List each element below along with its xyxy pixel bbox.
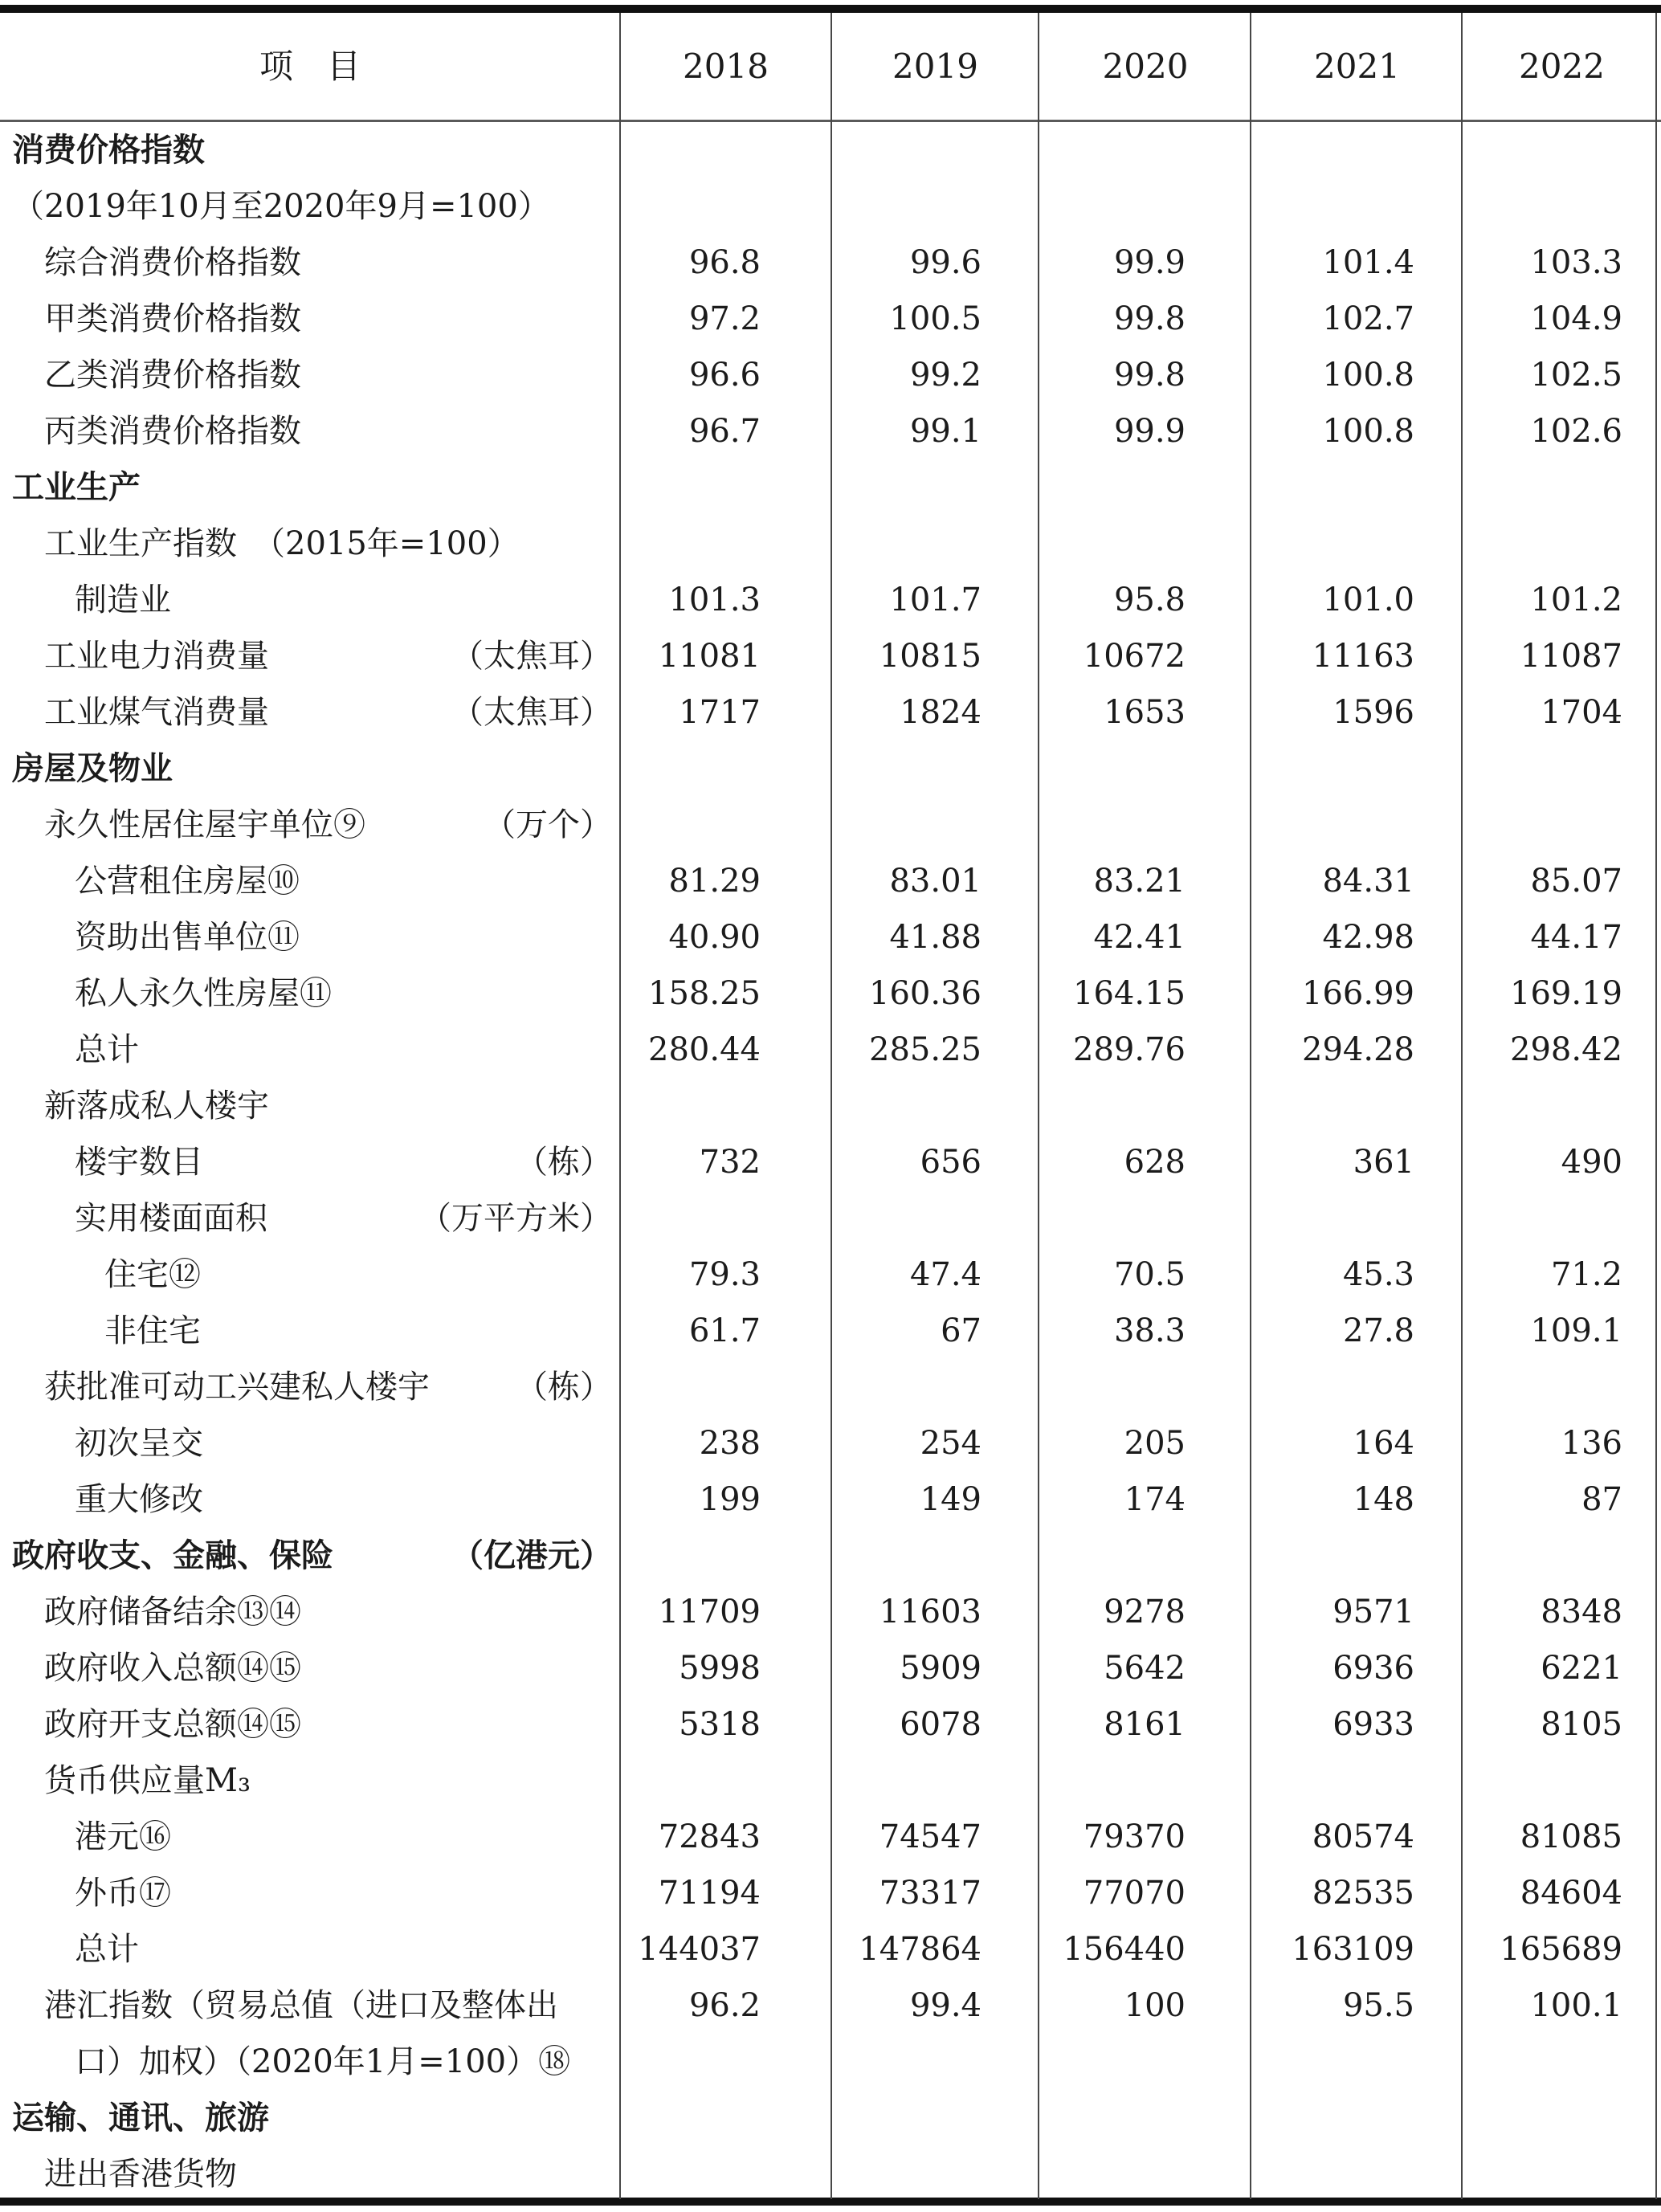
cell-value xyxy=(1039,741,1251,797)
cell-value xyxy=(831,516,1039,572)
row-label-cell: 房屋及物业 xyxy=(0,741,620,797)
table-body: 消费价格指数（2019年10月至2020年9月=100）综合消费价格指数96.8… xyxy=(0,122,1661,2202)
row-label-cell: 港汇指数（贸易总值（进口及整体出口）加权）（2020年1月=100）⑱ xyxy=(0,1977,620,2090)
cell-value xyxy=(1251,516,1463,572)
cell-value: 27.8 xyxy=(1251,1303,1463,1359)
cell-value: 199 xyxy=(620,1471,831,1528)
cell-value xyxy=(1251,178,1463,235)
row-label-cell: 货币供应量M₃ xyxy=(0,1753,620,1809)
table-row: 货币供应量M₃ xyxy=(0,1753,1661,1809)
cell-value: 47.4 xyxy=(831,1247,1039,1303)
cell-value: 96.8 xyxy=(620,235,831,291)
cell-value xyxy=(831,1753,1039,1809)
cell-value xyxy=(1039,178,1251,235)
cell-value xyxy=(1251,797,1463,853)
cell-value xyxy=(1463,741,1661,797)
cell-value: 99.2 xyxy=(831,347,1039,403)
cell-value: 81085 xyxy=(1463,1809,1661,1865)
row-label: 总计 xyxy=(0,1921,620,1977)
table-row: 非住宅61.76738.327.8109.1 xyxy=(0,1303,1661,1359)
cell-value: 99.8 xyxy=(1039,291,1251,347)
table-row: 运输、通讯、旅游 xyxy=(0,2090,1661,2146)
cell-value: 285.25 xyxy=(831,1022,1039,1078)
cell-value: 61.7 xyxy=(620,1303,831,1359)
row-label: 外币⑰ xyxy=(0,1865,620,1921)
row-label-cell: 获批准可动工兴建私人楼宇（栋） xyxy=(0,1359,620,1415)
row-unit: （太焦耳） xyxy=(451,684,612,741)
header-year-2018: 2018 xyxy=(620,13,831,120)
table-row: （2019年10月至2020年9月=100） xyxy=(0,178,1661,235)
cell-value: 84604 xyxy=(1463,1865,1661,1921)
cell-value xyxy=(1251,1753,1463,1809)
row-label: 总计 xyxy=(0,1022,620,1078)
cell-value: 628 xyxy=(1039,1134,1251,1190)
cell-value: 83.21 xyxy=(1039,853,1251,909)
row-label: 工业生产指数 （2015年=100） xyxy=(0,516,620,572)
cell-value: 5642 xyxy=(1039,1640,1251,1696)
table-row: 获批准可动工兴建私人楼宇（栋） xyxy=(0,1359,1661,1415)
header-year-2022: 2022 xyxy=(1463,13,1661,120)
cell-value xyxy=(1251,459,1463,516)
cell-value: 102.7 xyxy=(1251,291,1463,347)
cell-value: 298.42 xyxy=(1463,1022,1661,1078)
row-label: 消费价格指数 xyxy=(0,122,620,178)
cell-value xyxy=(831,122,1039,178)
table-row: 丙类消费价格指数96.799.199.9100.8102.6 xyxy=(0,403,1661,459)
row-unit: （太焦耳） xyxy=(451,628,612,684)
row-label-cell: 制造业 xyxy=(0,572,620,628)
cell-value: 104.9 xyxy=(1463,291,1661,347)
cell-value xyxy=(1251,2090,1463,2146)
cell-value: 38.3 xyxy=(1039,1303,1251,1359)
row-label-cell: 政府储备结余⑬⑭ xyxy=(0,1584,620,1640)
table-row: 资助出售单位⑪40.9041.8842.4142.9844.17 xyxy=(0,909,1661,965)
row-unit: （栋） xyxy=(516,1134,612,1190)
cell-value xyxy=(831,2090,1039,2146)
row-label-cell: （2019年10月至2020年9月=100） xyxy=(0,178,620,235)
row-label: 非住宅 xyxy=(0,1303,620,1359)
row-label-cell: 政府收支、金融、保险（亿港元） xyxy=(0,1528,620,1584)
cell-value: 101.0 xyxy=(1251,572,1463,628)
cell-value: 164.15 xyxy=(1039,965,1251,1022)
row-label-cell: 工业煤气消费量（太焦耳） xyxy=(0,684,620,741)
header-year-2020: 2020 xyxy=(1039,13,1251,120)
row-label-cell: 公营租住房屋⑩ xyxy=(0,853,620,909)
cell-value xyxy=(1039,1528,1251,1584)
row-label: 进出香港货物 xyxy=(0,2146,620,2202)
row-label-cell: 新落成私人楼宇 xyxy=(0,1078,620,1134)
cell-value: 11081 xyxy=(620,628,831,684)
cell-value: 101.4 xyxy=(1251,235,1463,291)
row-label-cell: 楼宇数目（栋） xyxy=(0,1134,620,1190)
table-row: 政府收支、金融、保险（亿港元） xyxy=(0,1528,1661,1584)
row-label-cell: 港元⑯ xyxy=(0,1809,620,1865)
cell-value: 10672 xyxy=(1039,628,1251,684)
row-label: 甲类消费价格指数 xyxy=(0,291,620,347)
cell-value: 9571 xyxy=(1251,1584,1463,1640)
table-row: 总计144037147864156440163109165689 xyxy=(0,1921,1661,1977)
statistics-table-page: 项 目 2018 2019 2020 2021 2022 消费价格指数（2019… xyxy=(0,0,1661,2212)
cell-value xyxy=(1463,178,1661,235)
cell-value xyxy=(620,1753,831,1809)
row-label-cell: 非住宅 xyxy=(0,1303,620,1359)
cell-value: 80574 xyxy=(1251,1809,1463,1865)
row-label: 港元⑯ xyxy=(0,1809,620,1865)
cell-value: 85.07 xyxy=(1463,853,1661,909)
cell-value xyxy=(1463,1190,1661,1247)
row-unit: （亿港元） xyxy=(451,1528,612,1584)
table-row: 房屋及物业 xyxy=(0,741,1661,797)
cell-value: 44.17 xyxy=(1463,909,1661,965)
cell-value: 158.25 xyxy=(620,965,831,1022)
cell-value: 174 xyxy=(1039,1471,1251,1528)
cell-value: 102.6 xyxy=(1463,403,1661,459)
cell-value: 294.28 xyxy=(1251,1022,1463,1078)
table-row: 私人永久性房屋⑪158.25160.36164.15166.99169.19 xyxy=(0,965,1661,1022)
row-label: 综合消费价格指数 xyxy=(0,235,620,291)
header-item-column: 项 目 xyxy=(0,13,620,120)
row-label: 货币供应量M₃ xyxy=(0,1753,620,1809)
row-label-line2: 口）加权）（2020年1月=100）⑱ xyxy=(0,2034,620,2090)
row-label-cell: 甲类消费价格指数 xyxy=(0,291,620,347)
row-label: 乙类消费价格指数 xyxy=(0,347,620,403)
cell-value: 136 xyxy=(1463,1415,1661,1471)
cell-value: 205 xyxy=(1039,1415,1251,1471)
cell-value: 96.6 xyxy=(620,347,831,403)
cell-value: 97.2 xyxy=(620,291,831,347)
row-label: 政府收入总额⑭⑮ xyxy=(0,1640,620,1696)
row-label-cell: 综合消费价格指数 xyxy=(0,235,620,291)
cell-value: 101.2 xyxy=(1463,572,1661,628)
cell-value xyxy=(1251,1190,1463,1247)
cell-value: 166.99 xyxy=(1251,965,1463,1022)
cell-value xyxy=(620,1359,831,1415)
cell-value xyxy=(1251,1528,1463,1584)
cell-value: 11087 xyxy=(1463,628,1661,684)
cell-value: 102.5 xyxy=(1463,347,1661,403)
row-label-cell: 私人永久性房屋⑪ xyxy=(0,965,620,1022)
cell-value: 156440 xyxy=(1039,1921,1251,1977)
table-row: 消费价格指数 xyxy=(0,122,1661,178)
cell-value: 361 xyxy=(1251,1134,1463,1190)
cell-value: 103.3 xyxy=(1463,235,1661,291)
row-label-cell: 乙类消费价格指数 xyxy=(0,347,620,403)
cell-value xyxy=(831,178,1039,235)
cell-value: 5998 xyxy=(620,1640,831,1696)
row-unit: （万平方米） xyxy=(419,1190,612,1247)
cell-value: 6933 xyxy=(1251,1696,1463,1753)
cell-value: 490 xyxy=(1463,1134,1661,1190)
cell-value: 82535 xyxy=(1251,1865,1463,1921)
cell-value: 95.5 xyxy=(1251,1977,1463,2034)
cell-value xyxy=(1463,516,1661,572)
cell-value xyxy=(620,2090,831,2146)
cell-value xyxy=(1039,2146,1251,2202)
table-row: 工业生产 xyxy=(0,459,1661,516)
table-row: 港元⑯7284374547793708057481085 xyxy=(0,1809,1661,1865)
cell-value: 42.41 xyxy=(1039,909,1251,965)
table-row: 政府收入总额⑭⑮59985909564269366221 xyxy=(0,1640,1661,1696)
cell-value xyxy=(1039,2090,1251,2146)
cell-value xyxy=(831,459,1039,516)
cell-value: 95.8 xyxy=(1039,572,1251,628)
cell-value xyxy=(1251,1078,1463,1134)
cell-value: 100 xyxy=(1039,1977,1251,2034)
table-row: 初次呈交238254205164136 xyxy=(0,1415,1661,1471)
cell-value: 11163 xyxy=(1251,628,1463,684)
cell-value: 163109 xyxy=(1251,1921,1463,1977)
table-row: 政府储备结余⑬⑭1170911603927895718348 xyxy=(0,1584,1661,1640)
table-row: 工业电力消费量（太焦耳）1108110815106721116311087 xyxy=(0,628,1661,684)
cell-value: 149 xyxy=(831,1471,1039,1528)
cell-value: 1653 xyxy=(1039,684,1251,741)
table-row: 新落成私人楼宇 xyxy=(0,1078,1661,1134)
cell-value: 101.3 xyxy=(620,572,831,628)
row-label-cell: 实用楼面面积（万平方米） xyxy=(0,1190,620,1247)
header-year-2019: 2019 xyxy=(831,13,1039,120)
cell-value: 100.8 xyxy=(1251,403,1463,459)
row-label-cell: 总计 xyxy=(0,1921,620,1977)
row-label: 制造业 xyxy=(0,572,620,628)
cell-value xyxy=(620,516,831,572)
row-label: 政府储备结余⑬⑭ xyxy=(0,1584,620,1640)
table-row: 工业煤气消费量（太焦耳）17171824165315961704 xyxy=(0,684,1661,741)
cell-value xyxy=(1039,797,1251,853)
cell-value: 109.1 xyxy=(1463,1303,1661,1359)
row-label-cell: 丙类消费价格指数 xyxy=(0,403,620,459)
cell-value: 81.29 xyxy=(620,853,831,909)
cell-value: 99.6 xyxy=(831,235,1039,291)
cell-value: 45.3 xyxy=(1251,1247,1463,1303)
cell-value: 70.5 xyxy=(1039,1247,1251,1303)
cell-value: 6936 xyxy=(1251,1640,1463,1696)
cell-value: 96.7 xyxy=(620,403,831,459)
cell-value xyxy=(831,1190,1039,1247)
row-label-cell: 重大修改 xyxy=(0,1471,620,1528)
cell-value: 71.2 xyxy=(1463,1247,1661,1303)
cell-value xyxy=(620,122,831,178)
cell-value: 101.7 xyxy=(831,572,1039,628)
row-label: 政府开支总额⑭⑮ xyxy=(0,1696,620,1753)
cell-value: 289.76 xyxy=(1039,1022,1251,1078)
cell-value: 40.90 xyxy=(620,909,831,965)
cell-value xyxy=(1039,459,1251,516)
cell-value: 41.88 xyxy=(831,909,1039,965)
table-row: 公营租住房屋⑩81.2983.0183.2184.3185.07 xyxy=(0,853,1661,909)
cell-value xyxy=(620,178,831,235)
row-label: 新落成私人楼宇 xyxy=(0,1078,620,1134)
cell-value: 5909 xyxy=(831,1640,1039,1696)
row-label-cell: 进出香港货物 xyxy=(0,2146,620,2202)
cell-value: 8348 xyxy=(1463,1584,1661,1640)
cell-value: 83.01 xyxy=(831,853,1039,909)
table-row: 重大修改19914917414887 xyxy=(0,1471,1661,1528)
header-year-2021: 2021 xyxy=(1251,13,1463,120)
cell-value xyxy=(831,2146,1039,2202)
cell-value: 254 xyxy=(831,1415,1039,1471)
cell-value: 238 xyxy=(620,1415,831,1471)
cell-value xyxy=(1039,122,1251,178)
row-label: 丙类消费价格指数 xyxy=(0,403,620,459)
cell-value: 72843 xyxy=(620,1809,831,1865)
table-header-row: 项 目 2018 2019 2020 2021 2022 xyxy=(0,13,1661,120)
cell-value: 1596 xyxy=(1251,684,1463,741)
cell-value xyxy=(1039,1078,1251,1134)
cell-value xyxy=(1463,1078,1661,1134)
cell-value: 6221 xyxy=(1463,1640,1661,1696)
cell-value: 164 xyxy=(1251,1415,1463,1471)
cell-value: 84.31 xyxy=(1251,853,1463,909)
cell-value: 79.3 xyxy=(620,1247,831,1303)
cell-value: 100.5 xyxy=(831,291,1039,347)
cell-value: 79370 xyxy=(1039,1809,1251,1865)
cell-value xyxy=(1251,2146,1463,2202)
row-label-cell: 资助出售单位⑪ xyxy=(0,909,620,965)
table-row: 永久性居住屋宇单位⑨（万个） xyxy=(0,797,1661,853)
cell-value: 73317 xyxy=(831,1865,1039,1921)
cell-value: 165689 xyxy=(1463,1921,1661,1977)
cell-value: 280.44 xyxy=(620,1022,831,1078)
cell-value: 99.9 xyxy=(1039,235,1251,291)
cell-value: 99.4 xyxy=(831,1977,1039,2034)
cell-value xyxy=(620,741,831,797)
cell-value: 87 xyxy=(1463,1471,1661,1528)
cell-value: 96.2 xyxy=(620,1977,831,2034)
cell-value xyxy=(620,1190,831,1247)
row-unit: （万个） xyxy=(484,797,612,853)
row-label-cell: 初次呈交 xyxy=(0,1415,620,1471)
cell-value: 67 xyxy=(831,1303,1039,1359)
cell-value: 169.19 xyxy=(1463,965,1661,1022)
table-row: 港汇指数（贸易总值（进口及整体出口）加权）（2020年1月=100）⑱96.29… xyxy=(0,1977,1661,2090)
cell-value xyxy=(620,2146,831,2202)
row-label-cell: 运输、通讯、旅游 xyxy=(0,2090,620,2146)
cell-value: 6078 xyxy=(831,1696,1039,1753)
table-row: 工业生产指数 （2015年=100） xyxy=(0,516,1661,572)
row-label: 工业生产 xyxy=(0,459,620,516)
cell-value: 148 xyxy=(1251,1471,1463,1528)
table-row: 住宅⑫79.347.470.545.371.2 xyxy=(0,1247,1661,1303)
row-label: 重大修改 xyxy=(0,1471,620,1528)
cell-value xyxy=(620,797,831,853)
cell-value: 1704 xyxy=(1463,684,1661,741)
cell-value xyxy=(620,459,831,516)
cell-value: 5318 xyxy=(620,1696,831,1753)
cell-value: 8161 xyxy=(1039,1696,1251,1753)
table-row: 进出香港货物 xyxy=(0,2146,1661,2202)
table-row: 综合消费价格指数96.899.699.9101.4103.3 xyxy=(0,235,1661,291)
row-label-cell: 消费价格指数 xyxy=(0,122,620,178)
row-label: 私人永久性房屋⑪ xyxy=(0,965,620,1022)
row-label: 房屋及物业 xyxy=(0,741,620,797)
cell-value: 99.9 xyxy=(1039,403,1251,459)
cell-value: 732 xyxy=(620,1134,831,1190)
cell-value xyxy=(831,1078,1039,1134)
cell-value xyxy=(1251,1359,1463,1415)
cell-value: 160.36 xyxy=(831,965,1039,1022)
cell-value xyxy=(1463,2090,1661,2146)
table-row: 总计280.44285.25289.76294.28298.42 xyxy=(0,1022,1661,1078)
row-label-cell: 总计 xyxy=(0,1022,620,1078)
cell-value: 100.1 xyxy=(1463,1977,1661,2034)
cell-value: 10815 xyxy=(831,628,1039,684)
row-label-cell: 住宅⑫ xyxy=(0,1247,620,1303)
cell-value xyxy=(1463,1359,1661,1415)
cell-value: 656 xyxy=(831,1134,1039,1190)
cell-value: 147864 xyxy=(831,1921,1039,1977)
row-label-cell: 政府开支总额⑭⑮ xyxy=(0,1696,620,1753)
row-unit: （栋） xyxy=(516,1359,612,1415)
cell-value xyxy=(620,1078,831,1134)
row-label-cell: 工业生产 xyxy=(0,459,620,516)
cell-value: 100.8 xyxy=(1251,347,1463,403)
row-label-cell: 永久性居住屋宇单位⑨（万个） xyxy=(0,797,620,853)
cell-value: 71194 xyxy=(620,1865,831,1921)
cell-value xyxy=(831,1359,1039,1415)
table-row: 楼宇数目（栋）732656628361490 xyxy=(0,1134,1661,1190)
cell-value: 77070 xyxy=(1039,1865,1251,1921)
cell-value: 8105 xyxy=(1463,1696,1661,1753)
cell-value: 1824 xyxy=(831,684,1039,741)
table-row: 乙类消费价格指数96.699.299.8100.8102.5 xyxy=(0,347,1661,403)
cell-value xyxy=(1463,797,1661,853)
table-row: 制造业101.3101.795.8101.0101.2 xyxy=(0,572,1661,628)
table-row: 政府开支总额⑭⑮53186078816169338105 xyxy=(0,1696,1661,1753)
table-top-border xyxy=(0,5,1661,13)
cell-value: 99.1 xyxy=(831,403,1039,459)
row-label: 资助出售单位⑪ xyxy=(0,909,620,965)
cell-value xyxy=(1463,2146,1661,2202)
cell-value: 1717 xyxy=(620,684,831,741)
cell-value: 42.98 xyxy=(1251,909,1463,965)
cell-value: 144037 xyxy=(620,1921,831,1977)
table-row: 外币⑰7119473317770708253584604 xyxy=(0,1865,1661,1921)
cell-value xyxy=(1463,459,1661,516)
row-label-cell: 工业生产指数 （2015年=100） xyxy=(0,516,620,572)
row-label-cell: 工业电力消费量（太焦耳） xyxy=(0,628,620,684)
cell-value: 9278 xyxy=(1039,1584,1251,1640)
cell-value xyxy=(1463,1753,1661,1809)
cell-value xyxy=(1251,741,1463,797)
row-label: （2019年10月至2020年9月=100） xyxy=(0,178,620,235)
row-label-cell: 政府收入总额⑭⑮ xyxy=(0,1640,620,1696)
row-label-cell: 外币⑰ xyxy=(0,1865,620,1921)
cell-value: 99.8 xyxy=(1039,347,1251,403)
cell-value xyxy=(831,797,1039,853)
cell-value xyxy=(1251,122,1463,178)
row-label: 初次呈交 xyxy=(0,1415,620,1471)
cell-value xyxy=(1039,1753,1251,1809)
cell-value xyxy=(1039,1190,1251,1247)
cell-value xyxy=(1039,1359,1251,1415)
row-label: 港汇指数（贸易总值（进口及整体出 xyxy=(0,1977,620,2034)
cell-value xyxy=(1463,1528,1661,1584)
row-label: 住宅⑫ xyxy=(0,1247,620,1303)
table-row: 实用楼面面积（万平方米） xyxy=(0,1190,1661,1247)
row-label: 运输、通讯、旅游 xyxy=(0,2090,620,2146)
cell-value xyxy=(620,1528,831,1584)
cell-value xyxy=(1039,516,1251,572)
cell-value: 11603 xyxy=(831,1584,1039,1640)
row-label: 公营租住房屋⑩ xyxy=(0,853,620,909)
cell-value xyxy=(831,1528,1039,1584)
cell-value xyxy=(831,741,1039,797)
cell-value: 74547 xyxy=(831,1809,1039,1865)
table-row: 甲类消费价格指数97.2100.599.8102.7104.9 xyxy=(0,291,1661,347)
cell-value xyxy=(1463,122,1661,178)
cell-value: 11709 xyxy=(620,1584,831,1640)
